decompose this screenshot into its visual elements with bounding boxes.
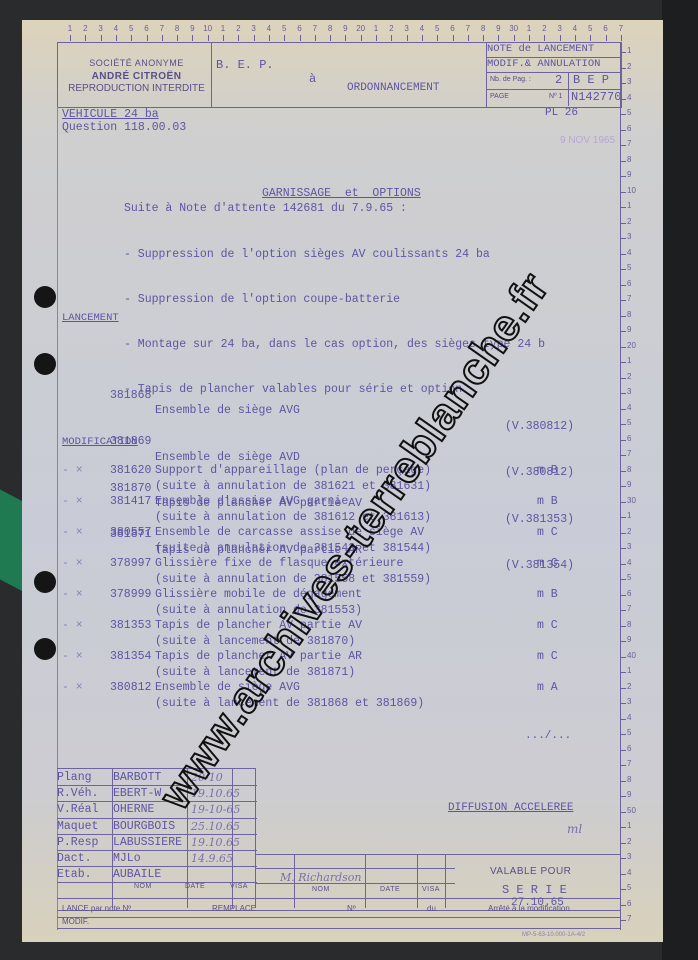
modification-code: m B: [537, 463, 558, 479]
ruler-tick: 7: [157, 24, 167, 33]
remplace-label: REMPLACE: [212, 904, 256, 913]
col-nom-2: NOM: [312, 886, 330, 893]
check-mark: - ×: [62, 680, 83, 696]
modification-heading: MODIFICATION: [62, 436, 138, 448]
to-department: ORDONNANCEMENT: [347, 82, 439, 94]
list-item: - ×381620Support d'appareillage (plan de…: [62, 463, 622, 494]
divider: [445, 854, 620, 855]
header-left-border: [57, 42, 58, 107]
role-label: Dact.: [57, 851, 92, 866]
part-number: 381620: [110, 463, 151, 479]
role-label: Maquet: [57, 819, 98, 834]
ruler-tick: 4: [620, 93, 631, 102]
ruler-tick: 50: [620, 806, 636, 815]
nb-pages-value: 2: [555, 73, 562, 87]
ruler-tick: 8: [325, 24, 335, 33]
role-label: Plang: [57, 770, 92, 785]
ruler-tick: 9: [340, 24, 350, 33]
part-number: 381353: [110, 618, 151, 634]
to-word: à: [309, 72, 316, 86]
divider: [255, 854, 455, 855]
divider: [445, 854, 446, 908]
ruler-tick: 7: [620, 914, 631, 923]
modification-code: m C: [537, 649, 558, 665]
part-number: 378997: [110, 556, 151, 572]
part-number: 378999: [110, 587, 151, 603]
subject-intro: Suite à Note d'attente 142681 du 7.9.65 …: [124, 202, 407, 215]
ruler-tick: 3: [249, 24, 259, 33]
list-item: 381868 Ensemble de siège AVG (V.380812): [62, 372, 622, 388]
ruler-tick: 6: [620, 899, 631, 908]
ruler-tick: 5: [585, 24, 595, 33]
modification-code: m B: [537, 494, 558, 510]
signer-name: LABUSSIERE: [113, 835, 182, 850]
subject-title: GARNISSAGE et OPTIONS: [262, 187, 421, 200]
ruler-tick: 9: [620, 325, 631, 334]
company-name: ANDRÉ CITROËN: [62, 71, 211, 82]
page-label: PAGE: [490, 93, 509, 100]
list-item: - ×381353Tapis de plancher AV partie AV(…: [62, 618, 622, 649]
ruler-tick: 5: [620, 728, 631, 737]
page-number: Nº 1: [549, 93, 562, 100]
modification-code: m C: [537, 525, 558, 541]
part-detail: (suite à lancement de 381868 et 381869): [155, 696, 424, 712]
ruler-tick: 5: [620, 108, 631, 117]
ruler-tick: 6: [448, 24, 458, 33]
punch-hole: [34, 353, 56, 375]
ruler-tick: 1: [620, 201, 631, 210]
right-ruler: 1234567891012345678920123456789301234567…: [620, 40, 650, 930]
ruler-tick: 8: [620, 310, 631, 319]
ruler-tick: 6: [295, 24, 305, 33]
ruler-tick: 40: [620, 651, 636, 660]
check-mark: - ×: [62, 525, 83, 541]
punch-hole: [34, 571, 56, 593]
ruler-tick: 2: [539, 24, 549, 33]
company-type: SOCIÉTÉ ANONYME: [62, 58, 211, 68]
from-department: B. E. P.: [216, 58, 274, 72]
sign-date: 14.9.65: [191, 851, 233, 866]
punch-hole: [34, 638, 56, 660]
ruler-tick: 3: [620, 77, 631, 86]
ruler-tick: 4: [264, 24, 274, 33]
ruler-tick: 9: [493, 24, 503, 33]
signature-row: V.RéalOHERNE19-10-65: [57, 802, 257, 818]
handwritten-name: M. Richardson: [280, 871, 362, 884]
ruler-tick: 5: [620, 263, 631, 272]
ruler-tick: 1: [620, 821, 631, 830]
divider: [57, 917, 620, 918]
nb-pages-label: Nb. de Pag. :: [490, 76, 531, 83]
check-mark: - ×: [62, 618, 83, 634]
ruler-tick: 2: [386, 24, 396, 33]
punch-hole: [34, 286, 56, 308]
part-number: 381417: [110, 494, 151, 510]
signer-name: OHERNE: [113, 802, 154, 817]
ruler-tick: 5: [620, 883, 631, 892]
modification-code: m C: [537, 556, 558, 572]
col-nom: NOM: [134, 883, 152, 890]
ruler-tick: 3: [620, 232, 631, 241]
doc-type-line2: MODIF.& ANNULATION: [487, 58, 600, 70]
signer-name: BOURGBOIS: [113, 819, 175, 834]
lancement-heading: LANCEMENT: [62, 312, 119, 324]
ruler-tick: 7: [620, 759, 631, 768]
ruler-tick: 4: [111, 24, 121, 33]
ruler-tick: 30: [509, 24, 519, 33]
check-mark: - ×: [62, 463, 83, 479]
ruler-tick: 6: [142, 24, 152, 33]
vehicle-question: Question 118.00.03: [62, 121, 186, 134]
ruler-tick: 20: [356, 24, 366, 33]
ruler-tick: 10: [203, 24, 213, 33]
valable-value: S E R I E: [502, 883, 567, 897]
part-number: 380557: [110, 525, 151, 541]
ruler-tick: 3: [555, 24, 565, 33]
vehicle-title: VEHICULE 24 ba: [62, 108, 159, 121]
signature-row: Etab.AUBAILE: [57, 867, 257, 883]
modif-label: MODIF.: [62, 917, 89, 926]
pl-code: PL 26: [545, 107, 578, 119]
part-description: Ensemble d'assise AVG garnie: [155, 494, 348, 510]
handwritten-initials: ml: [567, 822, 582, 836]
background-dark-edge: [662, 0, 698, 960]
ruler-tick: 5: [432, 24, 442, 33]
part-description: Tapis de plancher AV partie AV: [155, 618, 362, 634]
signature-row: Dact.MJLo14.9.65: [57, 851, 257, 867]
ruler-tick: 4: [620, 868, 631, 877]
ruler-tick: 5: [126, 24, 136, 33]
role-label: R.Véh.: [57, 786, 98, 801]
arrete-label: Arrêté à la modification: [488, 904, 570, 913]
modification-code: m A: [537, 680, 558, 696]
ruler-tick: 30: [620, 496, 636, 505]
ruler-tick: 1: [620, 46, 631, 55]
modification-code: m B: [537, 587, 558, 603]
ruler-tick: 9: [620, 170, 631, 179]
signature-row: MaquetBOURGBOIS25.10.65: [57, 819, 257, 835]
print-reference: MP-5-63-10.000-1A-4/2: [522, 932, 585, 938]
valable-label: VALABLE POUR: [490, 866, 571, 877]
col-visa: VISA: [230, 883, 248, 890]
ruler-tick: 6: [620, 279, 631, 288]
ruler-tick: 7: [616, 24, 626, 33]
department-code: B E P: [573, 73, 609, 87]
ruler-tick: 3: [620, 852, 631, 861]
ruler-tick: 2: [620, 837, 631, 846]
modification-code: m C: [537, 618, 558, 634]
divider: [417, 854, 418, 908]
no-label: Nº: [347, 904, 356, 913]
ruler-tick: 1: [65, 24, 75, 33]
part-number: 381354: [110, 649, 151, 665]
ruler-tick: 7: [620, 294, 631, 303]
ruler-tick: 9: [620, 790, 631, 799]
ruler-tick: 2: [233, 24, 243, 33]
continued-marker: .../...: [525, 730, 571, 742]
col-visa-2: VISA: [422, 886, 440, 893]
doc-type-line1: NOTE de LANCEMENT: [487, 43, 594, 55]
list-item: - ×381354Tapis de plancher AV partie AR(…: [62, 649, 622, 680]
sign-date: 25.10.65: [191, 819, 240, 834]
lance-label: LANCE par note Nº: [62, 904, 131, 913]
part-number: 381868: [110, 388, 151, 404]
ruler-tick: 2: [80, 24, 90, 33]
top-ruler: 1234567891012345678920123456789301234567: [57, 24, 652, 40]
role-label: P.Resp: [57, 835, 98, 850]
ruler-tick: 4: [570, 24, 580, 33]
reproduction-notice: REPRODUCTION INTERDITE: [60, 83, 213, 94]
signer-name: AUBAILE: [113, 867, 161, 882]
ruler-tick: 5: [279, 24, 289, 33]
divider: [365, 854, 366, 908]
list-item: 381869 Ensemble de siège AVD (V.380812): [62, 419, 622, 435]
ruler-tick: 1: [371, 24, 381, 33]
list-item: - ×380812Ensemble de siège AVG(suite à l…: [62, 680, 622, 711]
ruler-tick: 1: [524, 24, 534, 33]
bullet-item: - Suppression de l'option coupe-batterie: [124, 292, 545, 307]
role-label: V.Réal: [57, 802, 98, 817]
ruler-tick: 9: [187, 24, 197, 33]
check-mark: - ×: [62, 649, 83, 665]
signer-name: MJLo: [113, 851, 141, 866]
divider: [57, 928, 620, 929]
col-date-2: DATE: [380, 886, 400, 893]
ruler-tick: 6: [620, 744, 631, 753]
check-mark: - ×: [62, 556, 83, 572]
ruler-tick: 7: [310, 24, 320, 33]
ruler-tick: 6: [601, 24, 611, 33]
ruler-tick: 8: [620, 775, 631, 784]
received-date-stamp: 9 NOV 1965: [560, 135, 615, 146]
signature-row: P.RespLABUSSIERE19.10.65: [57, 835, 257, 851]
part-description: Ensemble de siège AVG: [155, 403, 300, 419]
check-mark: - ×: [62, 587, 83, 603]
ruler-tick: 1: [218, 24, 228, 33]
ruler-tick: 2: [620, 62, 631, 71]
note-number: N142770: [571, 90, 621, 104]
ruler-tick: 4: [620, 713, 631, 722]
ruler-tick: 8: [478, 24, 488, 33]
ruler-tick: 4: [620, 248, 631, 257]
du-label: du: [427, 904, 436, 913]
ruler-tick: 3: [96, 24, 106, 33]
role-label: Etab.: [57, 867, 92, 882]
document-sheet: 1234567891012345678920123456789301234567…: [22, 20, 663, 942]
diffusion-label: DIFFUSION ACCELEREE: [448, 802, 573, 814]
ruler-tick: 20: [620, 341, 636, 350]
bullet-item: - Suppression de l'option sièges AV coul…: [124, 247, 545, 262]
ruler-tick: 10: [620, 186, 636, 195]
sign-date: 19.10.65: [191, 835, 240, 850]
ruler-tick: 8: [172, 24, 182, 33]
header-divider: [211, 42, 212, 107]
ruler-tick: 6: [620, 124, 631, 133]
ruler-tick: 8: [620, 155, 631, 164]
part-number: 380812: [110, 680, 151, 696]
col-date: DATE: [185, 883, 205, 890]
ruler-tick: 2: [620, 217, 631, 226]
ruler-tick: 7: [463, 24, 473, 33]
divider: [255, 868, 455, 869]
ruler-tick: 4: [417, 24, 427, 33]
ruler-tick: 3: [402, 24, 412, 33]
part-detail: (suite à annulation de 381543 et 381544): [155, 541, 431, 557]
check-mark: - ×: [62, 494, 83, 510]
ruler-tick: 7: [620, 139, 631, 148]
